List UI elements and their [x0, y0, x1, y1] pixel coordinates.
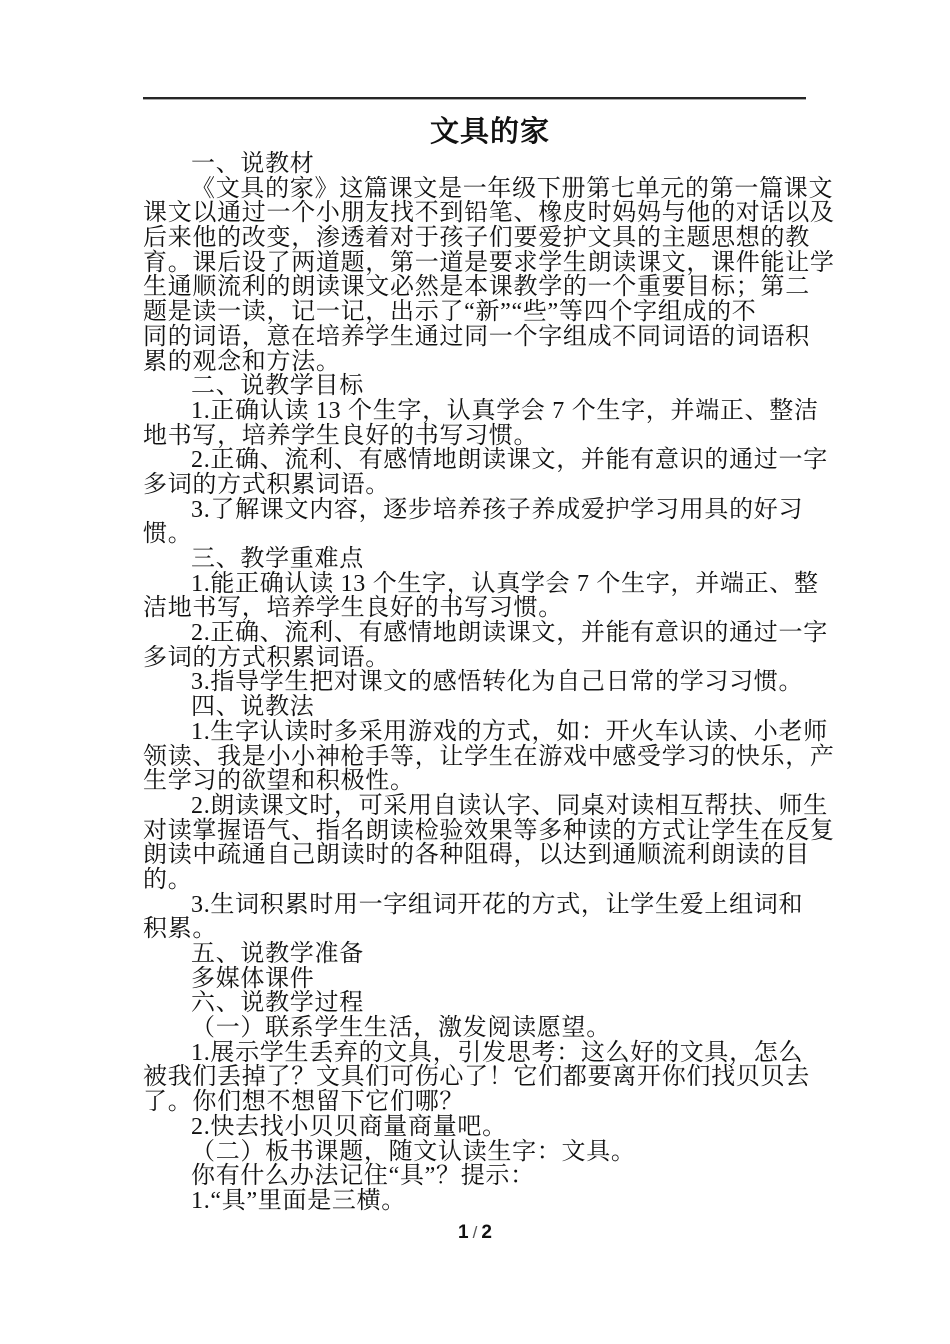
text-line: 地书写，培养学生良好的书写习惯。	[143, 424, 903, 449]
text-line: 课文以通过一个小朋友找不到铅笔、橡皮时妈妈与他的对话以及	[143, 201, 903, 226]
text-line: 3.了解课文内容，逐步培养孩子养成爱护学习用具的好习	[143, 498, 903, 523]
text-line: 朗读中疏通自己朗读时的各种阻碍，以达到通顺流利朗读的目	[143, 843, 903, 868]
text-line: 1.正确认读 13 个生字，认真学会 7 个生字，并端正、整洁	[143, 399, 903, 424]
text-line: 多词的方式积累词语。	[143, 473, 903, 498]
text-line: 六、说教学过程	[143, 991, 903, 1016]
text-line: 题是读一读，记一记，出示了“新”“些”等四个字组成的不	[143, 300, 903, 325]
text-line: 一、说教材	[143, 152, 903, 177]
page-number-total: 2	[481, 1222, 492, 1243]
text-line: 三、教学重难点	[143, 547, 903, 572]
text-line: 《文具的家》这篇课文是一年级下册第七单元的第一篇课文	[143, 177, 903, 202]
page-number-current: 1	[458, 1222, 469, 1243]
document-title: 文具的家	[143, 114, 837, 150]
text-line: 惯。	[143, 522, 903, 547]
text-line: 2.快去找小贝贝商量商量吧。	[143, 1115, 903, 1140]
text-line: 3.生词积累时用一字组词开花的方式，让学生爱上组词和	[143, 893, 903, 918]
text-line: 生学习的欲望和积极性。	[143, 769, 903, 794]
document-body: 一、说教材《文具的家》这篇课文是一年级下册第七单元的第一篇课文课文以通过一个小朋…	[143, 152, 903, 1214]
text-line: 对读掌握语气、指名朗读检验效果等多种读的方式让学生在反复	[143, 819, 903, 844]
page-number-separator: /	[469, 1223, 482, 1242]
text-line: 累的观念和方法。	[143, 350, 903, 375]
text-line: 1.展示学生丢弃的文具，引发思考：这么好的文具，怎么	[143, 1041, 903, 1066]
text-line: 洁地书写，培养学生良好的书写习惯。	[143, 596, 903, 621]
text-line: 2.正确、流利、有感情地朗读课文，并能有意识的通过一字	[143, 448, 903, 473]
text-line: 1.能正确认读 13 个生字，认真学会 7 个生字，并端正、整	[143, 572, 903, 597]
text-line: 领读、我是小小神枪手等，让学生在游戏中感受学习的快乐，产	[143, 745, 903, 770]
text-line: 多词的方式积累词语。	[143, 646, 903, 671]
text-line: 育。课后设了两道题，第一道是要求学生朗读课文，课件能让学	[143, 251, 903, 276]
text-line: 被我们丢掉了？文具们可伤心了！它们都要离开你们找贝贝去	[143, 1065, 903, 1090]
text-line: （一）联系学生生活，激发阅读愿望。	[143, 1016, 903, 1041]
header-rule	[143, 97, 806, 99]
text-line: 多媒体课件	[143, 967, 903, 992]
text-line: 2.朗读课文时，可采用自读认字、同桌对读相互帮扶、师生	[143, 794, 903, 819]
text-line: 同的词语，意在培养学生通过同一个字组成不同词语的词语积	[143, 325, 903, 350]
text-line: 1.生字认读时多采用游戏的方式，如：开火车认读、小老师	[143, 720, 903, 745]
text-line: 五、说教学准备	[143, 942, 903, 967]
page-footer: 1/2	[0, 1222, 950, 1244]
text-line: 你有什么办法记住“具”？提示：	[143, 1164, 903, 1189]
text-line: 后来他的改变，渗透着对于孩子们要爱护文具的主题思想的教	[143, 226, 903, 251]
text-line: 的。	[143, 868, 903, 893]
text-line: 了。你们想不想留下它们哪？	[143, 1090, 903, 1115]
text-line: 生通顺流利的朗读课文必然是本课教学的一个重要目标；第二	[143, 275, 903, 300]
text-line: 四、说教法	[143, 695, 903, 720]
document-page: 文具的家 一、说教材《文具的家》这篇课文是一年级下册第七单元的第一篇课文课文以通…	[0, 0, 950, 1344]
text-line: 3.指导学生把对课文的感悟转化为自己日常的学习习惯。	[143, 670, 903, 695]
text-line: 2.正确、流利、有感情地朗读课文，并能有意识的通过一字	[143, 621, 903, 646]
text-line: （二）板书课题，随文认读生字：文具。	[143, 1140, 903, 1165]
text-line: 1.“具”里面是三横。	[143, 1189, 903, 1214]
text-line: 二、说教学目标	[143, 374, 903, 399]
text-line: 积累。	[143, 917, 903, 942]
